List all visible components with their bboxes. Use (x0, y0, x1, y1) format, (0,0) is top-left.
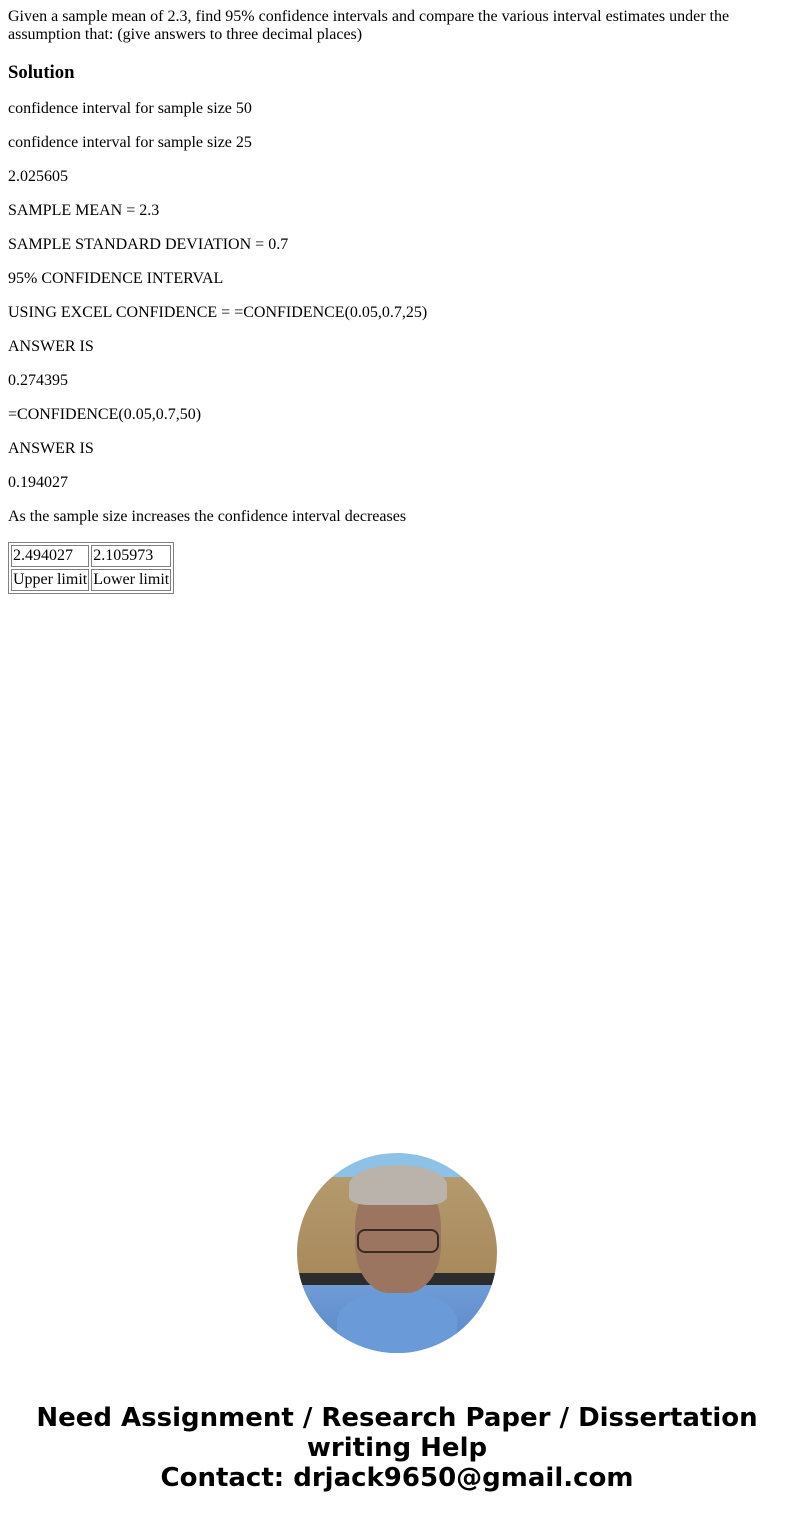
upper-limit-value: 2.494027 (11, 545, 89, 567)
table-row: Upper limit Lower limit (11, 569, 171, 591)
solution-line: =CONFIDENCE(0.05,0.7,50) (8, 406, 786, 424)
lower-limit-label: Lower limit (91, 569, 171, 591)
solution-line: USING EXCEL CONFIDENCE = =CONFIDENCE(0.0… (8, 304, 786, 322)
solution-line: 0.194027 (8, 474, 786, 492)
solution-line: 95% CONFIDENCE INTERVAL (8, 270, 786, 288)
promo-contact: Contact: drjack9650@gmail.com (0, 1463, 794, 1493)
solution-heading: Solution (8, 62, 786, 84)
table-row: 2.494027 2.105973 (11, 545, 171, 567)
solution-line: confidence interval for sample size 25 (8, 134, 786, 152)
author-avatar (297, 1153, 497, 1353)
solution-line: SAMPLE MEAN = 2.3 (8, 202, 786, 220)
limits-table: 2.494027 2.105973 Upper limit Lower limi… (8, 542, 174, 594)
solution-line: confidence interval for sample size 50 (8, 100, 786, 118)
solution-line: SAMPLE STANDARD DEVIATION = 0.7 (8, 236, 786, 254)
lower-limit-value: 2.105973 (91, 545, 171, 567)
question-text: Given a sample mean of 2.3, find 95% con… (8, 8, 786, 44)
avatar-hair (349, 1165, 447, 1205)
solution-line: ANSWER IS (8, 440, 786, 458)
promo-line-2: writing Help (0, 1433, 794, 1463)
avatar-glasses (357, 1229, 439, 1253)
solution-line: ANSWER IS (8, 338, 786, 356)
document-content: Given a sample mean of 2.3, find 95% con… (0, 0, 794, 594)
promo-banner: Need Assignment / Research Paper / Disse… (0, 1403, 794, 1493)
avatar-shirt (337, 1293, 457, 1353)
solution-line: 0.274395 (8, 372, 786, 390)
promo-line-1: Need Assignment / Research Paper / Disse… (0, 1403, 794, 1433)
solution-line: 2.025605 (8, 168, 786, 186)
solution-line: As the sample size increases the confide… (8, 508, 786, 526)
upper-limit-label: Upper limit (11, 569, 89, 591)
